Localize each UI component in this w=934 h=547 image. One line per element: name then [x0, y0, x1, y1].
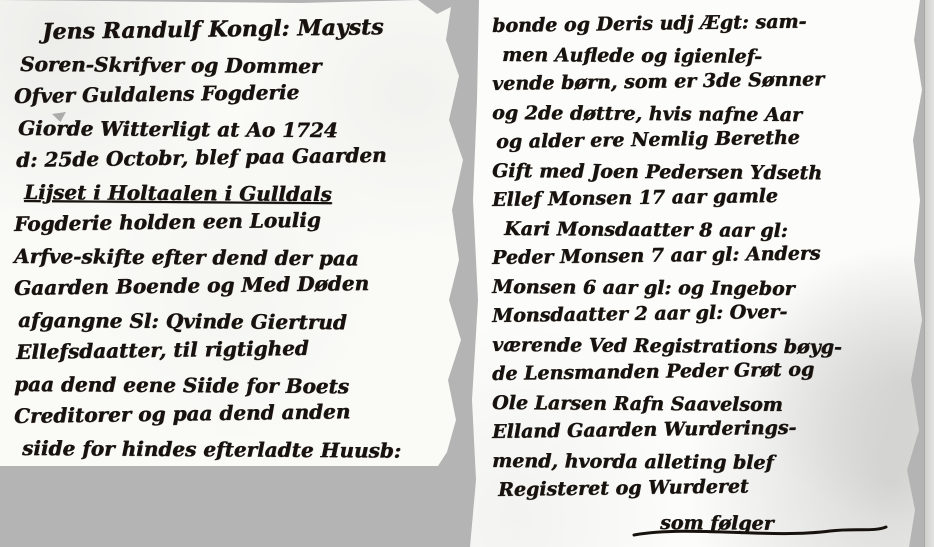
- manuscript-line: Elland Gaarden Wurderings-: [492, 412, 926, 447]
- manuscript-line: siide for hindes efterladte Huusb:: [22, 432, 466, 467]
- manuscript-line: Ellefsdaatter, til rigtighed: [16, 330, 466, 368]
- adjacent-page-edge: [924, 0, 934, 547]
- manuscript-line: Fogderie holden een Loulig: [14, 202, 466, 240]
- manuscript-line: bonde og Deris udj Ægt: sam-: [492, 6, 926, 41]
- manuscript-line: Ellef Monsen 17 aar gamle: [492, 180, 926, 215]
- manuscript-line: Creditorer og paa dend anden: [14, 394, 466, 432]
- manuscript-line: d: 25de Octobr, blef paa Gaarden: [16, 138, 466, 176]
- scanned-manuscript: Jens Randulf Kongl: Maysts Soren-Skrifve…: [0, 0, 934, 547]
- left-page-text: Jens Randulf Kongl: Maysts Soren-Skrifve…: [0, 0, 466, 466]
- manuscript-line: Monsdaatter 2 aar gl: Over-: [492, 296, 926, 331]
- manuscript-line: Ofver Guldalens Fogderie: [14, 74, 466, 112]
- right-page-text: bonde og Deris udj Ægt: sam- men Auflede…: [470, 0, 926, 547]
- manuscript-line: som følger: [660, 509, 926, 540]
- manuscript-line: Gaarden Boende og Med Døden: [14, 266, 466, 304]
- manuscript-line: og alder ere Nemlig Berethe: [496, 122, 926, 157]
- left-page: Jens Randulf Kongl: Maysts Soren-Skrifve…: [0, 0, 466, 466]
- manuscript-line: de Lensmanden Peder Grøt og: [492, 354, 926, 389]
- manuscript-line: Registeret og Wurderet: [498, 470, 926, 505]
- manuscript-line: Jens Randulf Kongl: Maysts: [42, 10, 466, 48]
- manuscript-line: Peder Monsen 7 aar gl: Anders: [492, 238, 926, 273]
- manuscript-line: vende børn, som er 3de Sønner: [492, 64, 926, 99]
- right-page: bonde og Deris udj Ægt: sam- men Auflede…: [470, 0, 926, 547]
